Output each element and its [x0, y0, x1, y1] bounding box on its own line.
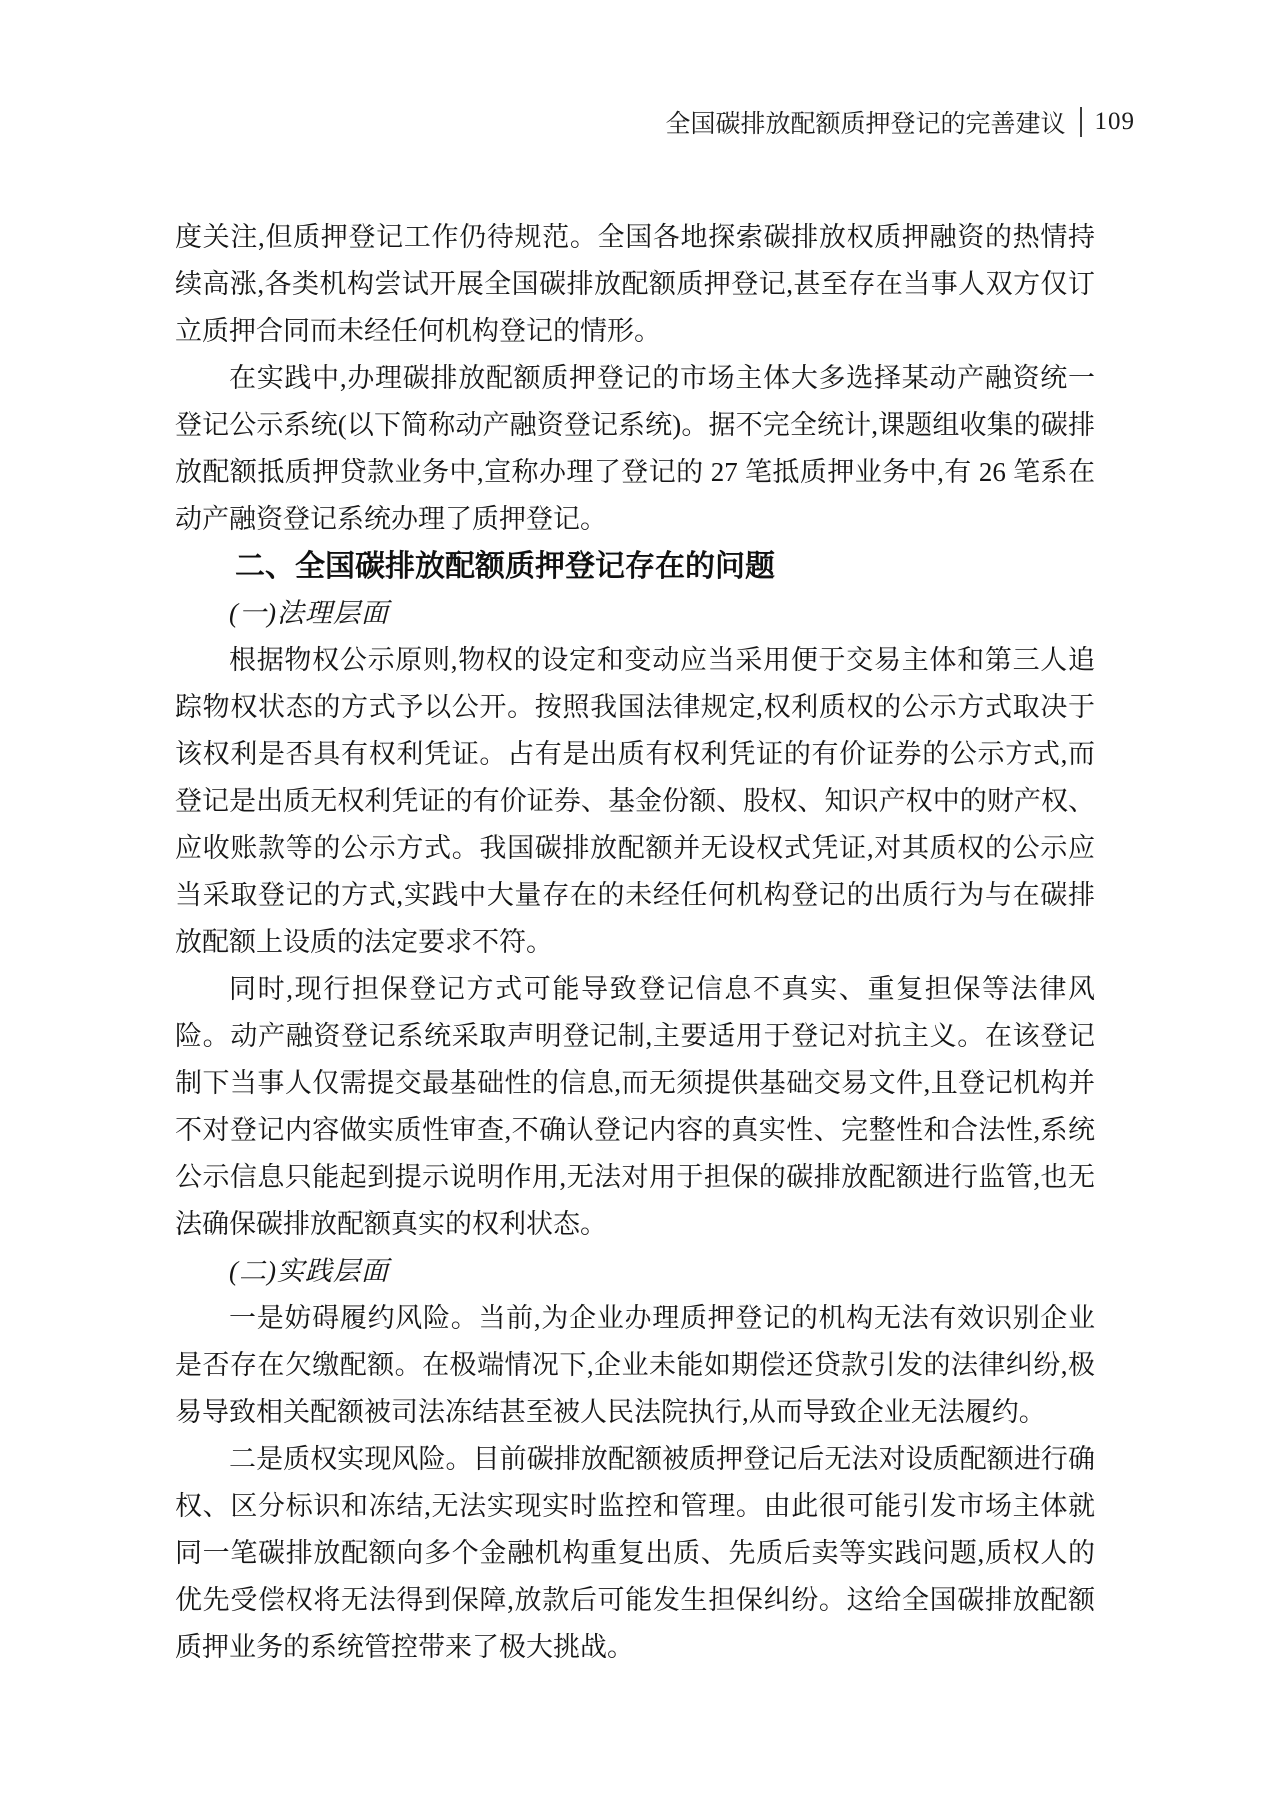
subsection-heading: (一)法理层面 — [175, 590, 1095, 637]
section-heading: 二、全国碳排放配额质押登记存在的问题 — [175, 543, 1095, 590]
body-text: 度关注,但质押登记工作仍待规范。全国各地探索碳排放权质押融资的热情持续高涨,各类… — [175, 214, 1095, 1671]
body-paragraph: 在实践中,办理碳排放配额质押登记的市场主体大多选择某动产融资统一登记公示系统(以… — [175, 355, 1095, 543]
body-paragraph: 二是质权实现风险。目前碳排放配额被质押登记后无法对设质配额进行确权、区分标识和冻… — [175, 1436, 1095, 1671]
page-number: 109 — [1095, 108, 1136, 136]
body-paragraph: 同时,现行担保登记方式可能导致登记信息不真实、重复担保等法律风险。动产融资登记系… — [175, 966, 1095, 1248]
page: 全国碳排放配额质押登记的完善建议 109 度关注,但质押登记工作仍待规范。全国各… — [0, 0, 1269, 1804]
page-header: 全国碳排放配额质押登记的完善建议 109 — [0, 104, 1135, 140]
subsection-heading: (二)实践层面 — [175, 1248, 1095, 1295]
body-paragraph: 一是妨碍履约风险。当前,为企业办理质押登记的机构无法有效识别企业是否存在欠缴配额… — [175, 1295, 1095, 1436]
running-title: 全国碳排放配额质押登记的完善建议 — [665, 104, 1065, 140]
header-divider — [1080, 107, 1082, 137]
body-paragraph: 根据物权公示原则,物权的设定和变动应当采用便于交易主体和第三人追踪物权状态的方式… — [175, 637, 1095, 966]
body-paragraph: 度关注,但质押登记工作仍待规范。全国各地探索碳排放权质押融资的热情持续高涨,各类… — [175, 214, 1095, 355]
